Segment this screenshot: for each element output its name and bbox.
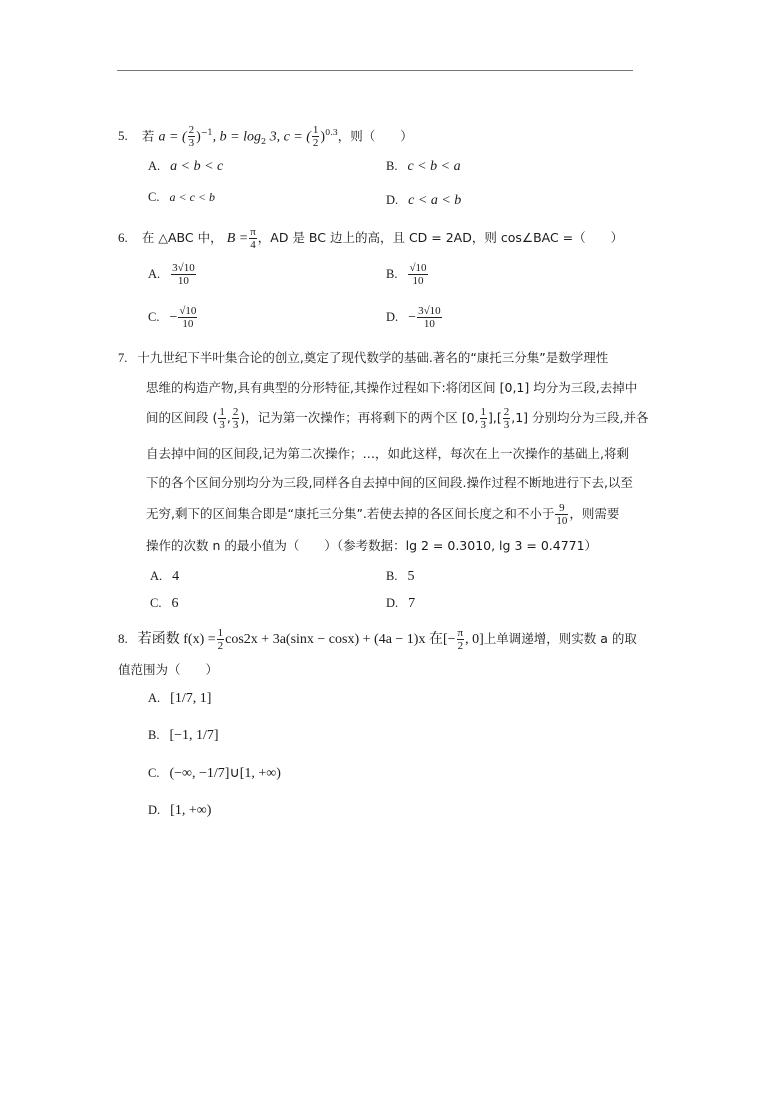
option-8c: C.(−∞, −1/7]∪[1, +∞) [148, 765, 281, 782]
option-6d: D.−3√1010 [386, 305, 443, 330]
question-number: 5. [118, 128, 128, 143]
stem-suffix: ，则（ ） [338, 128, 413, 143]
question-7-line-5: 下的各个区间分别均分为三段,同样各自去掉中间的区间段.操作过程不断地进行下去,以… [146, 473, 633, 493]
function-body: cos2x + 3a(sinx − cosx) + (4a − 1)x 在 [225, 632, 443, 647]
question-7-line-6: 无穷,剩下的区间集合即是“康托三分集”.若使去掉的各区间长度之和不小于910，则… [146, 502, 619, 527]
interval: [− [443, 632, 456, 647]
option-8d: D.[1, +∞) [148, 802, 211, 819]
option-7b: B.5 [386, 568, 414, 585]
option-5d: D.c < a < b [386, 192, 461, 209]
fraction: 12 [312, 124, 320, 149]
function-def: 若函数 f(x) = [138, 632, 216, 647]
option-7d: D.7 [386, 595, 415, 612]
option-8b: B.[−1, 1/7] [148, 727, 219, 744]
option-8a: A.[1/7, 1] [148, 690, 211, 707]
question-8-stem: 8.若函数 f(x) =12cos2x + 3a(sinx − cosx) + … [118, 627, 637, 652]
question-7-line-2: 思维的构造产物,具有典型的分形特征,其操作过程如下:将闭区间 [0,1] 均分为… [146, 378, 637, 398]
question-5-stem: 5. 若 a = (23)−1, b = log2 3, c = (12)0.3… [118, 123, 413, 152]
question-number: 8. [118, 631, 128, 646]
stem-text: ，AD 是 BC 边上的高，且 CD = 2AD，则 cos∠BAC =（ ） [258, 230, 623, 245]
exponent: −1 [201, 128, 213, 137]
question-6-stem: 6. 在 △ABC 中， B =π4，AD 是 BC 边上的高，且 CD = 2… [118, 226, 623, 251]
header-rule [117, 70, 633, 71]
math-a: a = ( [159, 129, 187, 144]
option-7a: A.4 [150, 568, 179, 585]
stem-text: 若 [142, 128, 155, 143]
math-b: , b = log [213, 129, 261, 144]
option-5c: C.a < c < b [148, 189, 215, 205]
option-6b: B.√1010 [386, 262, 429, 287]
stem-text: 在 △ABC 中， [142, 230, 223, 245]
fraction: 23 [188, 124, 196, 149]
question-7-line-3: 间的区间段 (13,23)，记为第一次操作；再将剩下的两个区 [0,13],[2… [146, 406, 649, 431]
math-b: B = [227, 231, 249, 246]
option-5a: A.a < b < c [148, 158, 223, 175]
question-7-line-4: 自去掉中间的区间段,记为第二次操作；…，如此这样，每次在上一次操作的基础上,将剩 [146, 444, 629, 464]
question-8-line-2: 值范围为（ ） [118, 660, 218, 680]
fraction: π4 [249, 226, 257, 251]
option-7c: C.6 [150, 595, 178, 612]
exponent: 0.3 [325, 128, 338, 137]
question-7-line-7: 操作的次数 n 的最小值为（ ）（参考数据：lg 2 = 0.3010, lg … [146, 536, 597, 556]
option-6c: C.−√1010 [148, 305, 198, 330]
math-c: 3, c = ( [266, 129, 311, 144]
stem-text: 上单调递增，则实数 a 的取 [484, 631, 637, 646]
option-5b: B.c < b < a [386, 158, 461, 175]
question-number: 6. [118, 230, 128, 245]
question-7-line-1: 7.十九世纪下半叶集合论的创立,奠定了现代数学的基础.著名的“康托三分集”是数学… [118, 348, 608, 368]
option-6a: A.3√1010 [148, 262, 197, 287]
